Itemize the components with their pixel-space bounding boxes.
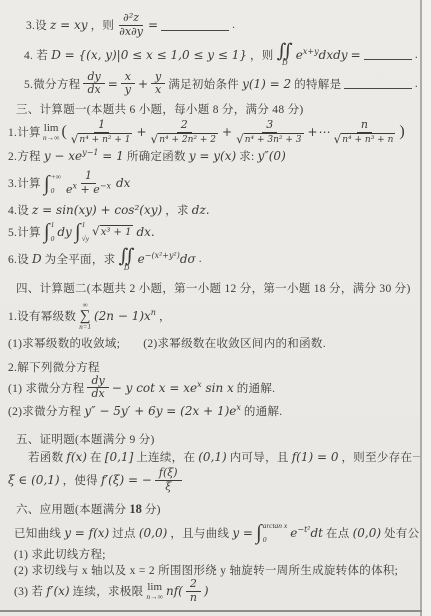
fraction-denominator: y: [123, 84, 133, 97]
text: 过点: [112, 525, 136, 541]
limit-operator: lim n→∞: [146, 582, 163, 601]
item-lead: 2.方程: [8, 148, 41, 164]
integral-domain-subscript: D: [282, 59, 287, 67]
exponent: −t²: [297, 525, 310, 534]
curve-function: y = f(x): [64, 526, 109, 540]
equation-part: y″ − 5y′ + 6y = (2x + 1)e: [84, 404, 236, 418]
text: 在: [90, 449, 102, 465]
sec6-subquestion-2: (2) 求切线与 x 轴以及 x = 2 所围图形绕 y 轴旋转一周所生成旋转体…: [14, 562, 418, 578]
radicand: n⁴ + 2n² + 2: [158, 133, 218, 145]
points-value: 18: [129, 502, 142, 517]
exponent: x: [236, 403, 241, 412]
section-title: 六、应用题(本题满分: [16, 501, 126, 517]
subitem-tail: 的通解.: [244, 403, 283, 419]
item-lead: 1.计算: [8, 124, 41, 140]
item-lead: 4.设: [8, 202, 29, 218]
fraction-numerator: 2: [177, 119, 192, 133]
text: ，则至少存在一点: [341, 449, 431, 465]
fraction-denominator: ∂x∂y: [117, 26, 145, 39]
item-lead: 3.计算: [8, 175, 41, 191]
domain-symbol: D: [32, 252, 42, 266]
sec5-body-line1: 若函数 f(x) 在 [0,1] 上连续，在 (0,1) 内可导，且 f(1) …: [28, 449, 418, 465]
close-paren: ): [399, 123, 404, 141]
item-lead: 5.计算: [8, 224, 41, 240]
subquestion-text: (1) 求此切线方程;: [14, 546, 106, 562]
integral-upper-limit: 1: [82, 220, 89, 229]
dy-dx-fraction: dy dx: [87, 375, 108, 401]
item-lead: 2.解下列微分方程: [8, 359, 100, 375]
integral-sign: ∫: [44, 221, 50, 242]
subitem-lead: (1) 求微分方程: [8, 380, 84, 396]
answer-blank: [161, 20, 229, 31]
answer-blank: [364, 49, 412, 60]
expression-part: nf(: [166, 584, 183, 598]
den-part: + e: [77, 183, 100, 196]
q5-mid: 满足初始条件: [168, 76, 239, 92]
plus-sign: +: [138, 77, 148, 91]
function: f(x): [66, 450, 87, 464]
fraction-numerator: f(ξ): [155, 467, 182, 481]
fraction-denominator: √n⁴ + n³ + n: [332, 133, 398, 146]
series-term: (2n − 1)xn: [94, 309, 156, 323]
subquestion-text: (2) 求切线与 x 轴以及 x = 2 所围图形绕 y 轴旋转一周所生成旋转体…: [14, 562, 398, 578]
item-lead-cont: 为全平面，求: [45, 251, 116, 267]
limit-operator: lim n→∞: [43, 123, 60, 142]
equation-part: = 1: [98, 149, 123, 163]
q4-lead: 4. 若: [24, 47, 48, 63]
q4-set-definition: D = {(x, y)|0 ≤ x ≤ 1,0 ≤ y ≤ 1}: [51, 48, 247, 62]
fill-blank-q5: 5.微分方程 dy dx = x y + y x 满足初始条件 y(1) = 2…: [24, 71, 418, 97]
comma: ，: [159, 308, 171, 324]
period: .: [415, 78, 418, 90]
sec4-item2-sub1: (1) 求微分方程 dy dx − y cot x = xex sin x 的通…: [8, 375, 418, 401]
q4-mid: ，则: [250, 47, 274, 63]
exponent: −(x²+y²): [145, 251, 180, 260]
scan-bottom-edge-line: [0, 610, 422, 612]
q3-mid: ，则: [91, 17, 115, 33]
implicit-equation: y − xey−1 = 1: [44, 149, 124, 163]
period: .: [415, 49, 418, 61]
fraction-numerator: 3: [262, 119, 277, 133]
radicand: n⁴ + n² + 1: [78, 133, 132, 145]
differential: dz.: [192, 203, 210, 217]
item-lead: 1.设有幂级数: [8, 308, 76, 324]
summation: ∞ ∑ n=1: [79, 302, 91, 331]
plus-ellipsis: +⋯: [308, 125, 330, 139]
equation-body: − y cot x = xex sin x: [112, 381, 234, 395]
subquestion-1: (1)求幂级数的收敛域;: [8, 335, 120, 351]
differential: dx: [116, 176, 130, 190]
term-1-fraction: 1 √n⁴ + n² + 1: [69, 119, 135, 146]
text: ，且与曲线: [170, 525, 229, 541]
radicand: n⁴ + n³ + n: [341, 133, 395, 145]
term-2-fraction: 2 √n⁴ + 2n² + 2: [149, 119, 220, 146]
exponent: y−1: [82, 148, 98, 157]
fraction-numerator: n: [357, 119, 372, 133]
section-title-tail: 分): [145, 501, 161, 517]
integral-lower-limit: √y: [82, 234, 89, 243]
q3-partial-derivative-fraction: ∂²z ∂x∂y: [117, 12, 145, 38]
open-paren: (: [61, 123, 66, 141]
fraction-denominator: √n⁴ + 3n² + 3: [234, 133, 305, 146]
equation-body: y″ − 5y′ + 6y = (2x + 1)ex: [84, 404, 241, 418]
sec3-item1: 1.计算 lim n→∞ ( 1 √n⁴ + n² + 1 + 2 √n⁴ + …: [8, 119, 418, 146]
exponent: n: [151, 308, 156, 317]
text: 在点: [326, 525, 350, 541]
dy-dx-fraction: dy dx: [83, 71, 104, 97]
sec4-item1: 1.设有幂级数 ∞ ∑ n=1 (2n − 1)xn ，: [8, 302, 418, 331]
differential: dy: [57, 225, 71, 239]
integral: ∫ +∞0: [44, 172, 61, 195]
q3-lead: 3.设: [26, 17, 47, 33]
sec6-body: 已知曲线 y = f(x) 过点 (0,0) ，且与曲线 y = ∫ arcta…: [14, 521, 418, 544]
subitem-lead: (2)求微分方程: [8, 403, 81, 419]
fraction-numerator: dy: [87, 375, 108, 389]
sec3-item3: 3.计算 ∫ +∞0 1 ex + e−x dx: [8, 170, 418, 196]
lim-subscript: n→∞: [146, 593, 163, 601]
radical-icon: √: [334, 133, 342, 146]
term-n-fraction: n √n⁴ + n³ + n: [332, 119, 398, 146]
point: (0,0): [353, 526, 381, 540]
equation-part: − y cot x = xe: [112, 381, 197, 395]
equation-part: sin x: [202, 381, 234, 395]
differential: dσ: [180, 252, 196, 266]
equals-sign: =: [108, 77, 118, 91]
subquestion-2: (2)求幂级数在收敛区间内的和函数.: [143, 335, 326, 351]
radical-icon: √: [151, 133, 159, 146]
radicand: n⁴ + 3n² + 3: [244, 133, 304, 145]
integrand-fraction: 1 ex + e−x: [64, 170, 113, 196]
outer-integral: ∫ 10: [44, 220, 55, 243]
section-title: 四、计算题二(本题共 2 小题，第一小题 12 分，第一小题 18 分，满分 3…: [16, 280, 411, 296]
text: 连续，求极限: [73, 583, 144, 599]
xi-in-interval: ξ ∈ (0,1): [8, 473, 60, 487]
fraction-denominator: dx: [85, 84, 102, 97]
item-lead: 6.设: [8, 251, 29, 267]
radical-icon: √: [71, 133, 79, 146]
term-base: (2n − 1)x: [94, 309, 151, 323]
text: ，使得: [63, 472, 98, 488]
fraction-numerator: dy: [83, 71, 104, 85]
text: 若函数: [28, 449, 63, 465]
sec3-item5: 5.计算 ∫ 10 dy ∫ 1√y √x³ + 1 dx.: [8, 220, 418, 243]
integral-sign: ∫: [256, 522, 262, 543]
text: 已知曲线: [14, 525, 61, 541]
integral-upper-limit: 1: [51, 220, 55, 229]
answer-blank: [344, 78, 411, 89]
sec3-item4: 4.设 z = sin(xy) + cos²(xy) ，求 dz.: [8, 202, 418, 218]
summation-sign: ∑: [80, 309, 91, 324]
q5-tail: 的特解是: [294, 76, 341, 92]
integral-lower-limit: 0: [263, 535, 288, 544]
x-over-y-fraction: x y: [121, 71, 135, 97]
integrand-base: e: [296, 48, 303, 62]
sec6-subquestion-3-cutoff: (3) 若 f′(x) 连续，求极限 lim n→∞ nf( 2 n ): [14, 578, 418, 604]
term-3-fraction: 3 √n⁴ + 3n² + 3: [234, 119, 305, 146]
function-notation: y = y(x): [189, 149, 236, 163]
scan-page-edge-line: [420, 0, 422, 616]
section-six-header: 六、应用题(本题满分 18 分): [16, 501, 418, 517]
differential: dx.: [136, 225, 154, 239]
radicand: x³ + 1: [100, 225, 134, 238]
plus-sign: +: [222, 125, 232, 139]
fill-blank-q3: 3.设 z = xy ，则 ∂²z ∂x∂y = .: [26, 12, 418, 38]
equals-sign: =: [148, 18, 158, 32]
integral-domain-subscript: D: [124, 264, 129, 272]
integral: ∫ arctan x0: [256, 521, 287, 544]
text: 上连续，在: [136, 449, 195, 465]
section-title: 三、计算题一(本题共 6 小题，每小题 8 分，满分 48 分): [16, 101, 304, 117]
radical-icon: √: [92, 225, 100, 238]
integrand-base: e: [138, 252, 145, 266]
equals-sign: =: [351, 48, 361, 62]
lim-subscript: n→∞: [43, 134, 60, 142]
conclusion-fraction: f(ξ) ξ: [155, 467, 182, 493]
section-four-header: 四、计算题二(本题共 2 小题，第一小题 12 分，第一小题 18 分，满分 3…: [16, 280, 418, 296]
sum-lower-limit: n=1: [79, 324, 91, 331]
sec4-item2-sub2: (2)求微分方程 y″ − 5y′ + 6y = (2x + 1)ex 的通解.: [8, 403, 418, 419]
sec4-item1-subquestions: (1)求幂级数的收敛域; (2)求幂级数在收敛区间内的和函数.: [8, 335, 418, 351]
subquestion-lead: (3) 若: [14, 583, 43, 599]
integral-lower-limit: 0: [51, 186, 61, 195]
integrand: e−(x²+y²)dσ: [138, 252, 196, 266]
fraction-denominator: x: [153, 84, 163, 97]
q3-expression: z = xy: [50, 18, 88, 32]
double-integral: ∬ D: [118, 247, 134, 272]
fraction-denominator: n: [188, 592, 199, 605]
point: (0,0): [139, 526, 167, 540]
differential: dt: [310, 526, 323, 540]
fraction-numerator: 1: [81, 170, 96, 184]
radical-expression: √x³ + 1: [92, 225, 133, 238]
integral-upper-limit: arctan x: [263, 521, 288, 530]
subitem-tail: 的通解.: [237, 380, 276, 396]
period: .: [199, 253, 202, 265]
closed-interval: [0,1]: [105, 450, 133, 464]
fraction-numerator: x: [121, 71, 135, 85]
condition: f(1) = 0: [292, 450, 339, 464]
fraction-denominator: ξ: [163, 481, 173, 494]
sec4-item2-lead: 2.解下列微分方程: [8, 359, 418, 375]
period: .: [232, 19, 235, 31]
inner-integral: ∫ 1√y: [75, 220, 89, 243]
item-mid: ，求: [165, 202, 189, 218]
equation-part: y − xe: [44, 149, 82, 163]
q4-integrand: ex+ydxdy: [296, 48, 348, 62]
exam-page: 3.设 z = xy ，则 ∂²z ∂x∂y = . 4. 若 D = {(x,…: [0, 0, 431, 616]
fraction-numerator: 1: [94, 119, 109, 133]
item-mid: 所确定函数: [127, 148, 186, 164]
derivative-function: f′(x): [46, 584, 69, 598]
expression: z = sin(xy) + cos²(xy): [32, 203, 162, 217]
sec6-subquestion-1: (1) 求此切线方程;: [14, 546, 418, 562]
y-over-x-fraction: y x: [151, 71, 165, 97]
exponent: x+y: [303, 47, 319, 56]
scan-page-edge-strip: [422, 0, 431, 616]
integral-sign: ∫: [75, 221, 81, 242]
open-interval: (0,1): [198, 450, 226, 464]
q5-lead: 5.微分方程: [24, 76, 80, 92]
integral-sign: ∫: [44, 173, 50, 194]
section-five-header: 五、证明题(本题满分 9 分): [16, 431, 418, 447]
fraction-numerator: 2: [186, 578, 201, 592]
section-title: 五、证明题(本题满分 9 分): [16, 431, 155, 447]
text: 内可导，且: [230, 449, 289, 465]
integrand: e−t²dt: [290, 526, 323, 540]
ask-text: 求:: [239, 148, 254, 164]
fraction-numerator: y: [151, 71, 165, 85]
section-three-header: 三、计算题一(本题共 6 小题，每小题 8 分，满分 48 分): [16, 101, 418, 117]
close-paren: ): [204, 584, 209, 598]
two-over-n-fraction: 2 n: [186, 578, 201, 604]
sec3-item6: 6.设 D 为全平面，求 ∬ D e−(x²+y²)dσ .: [8, 247, 418, 272]
radical-icon: √: [236, 133, 244, 146]
fraction-denominator: ex + e−x: [64, 184, 113, 197]
initial-condition: y(1) = 2: [242, 77, 291, 91]
sec5-body-line2: ξ ∈ (0,1) ，使得 f′(ξ) = − f(ξ) ξ: [8, 467, 418, 493]
sec3-item2: 2.方程 y − xey−1 = 1 所确定函数 y = y(x) 求: y″(…: [8, 148, 418, 164]
target-derivative: y″(0): [257, 149, 285, 163]
plus-sign: +: [136, 125, 146, 139]
differential: dxdy: [319, 48, 348, 62]
integral-upper-limit: +∞: [51, 172, 61, 181]
fill-blank-q4: 4. 若 D = {(x, y)|0 ≤ x ≤ 1,0 ≤ y ≤ 1} ，则…: [24, 42, 418, 67]
exponent: −x: [100, 181, 111, 190]
double-integral: ∬ D: [277, 42, 293, 67]
curve-lhs: y =: [232, 526, 253, 540]
integral-lower-limit: 0: [51, 234, 55, 243]
fraction-denominator: √n⁴ + n² + 1: [69, 133, 135, 146]
fraction-numerator: ∂²z: [119, 12, 143, 26]
conclusion-lhs: f′(ξ) = −: [101, 473, 152, 487]
fraction-denominator: dx: [89, 388, 106, 401]
exam-content: 3.设 z = xy ，则 ∂²z ∂x∂y = . 4. 若 D = {(x,…: [0, 0, 418, 605]
fraction-denominator: √n⁴ + 2n² + 2: [149, 133, 220, 146]
